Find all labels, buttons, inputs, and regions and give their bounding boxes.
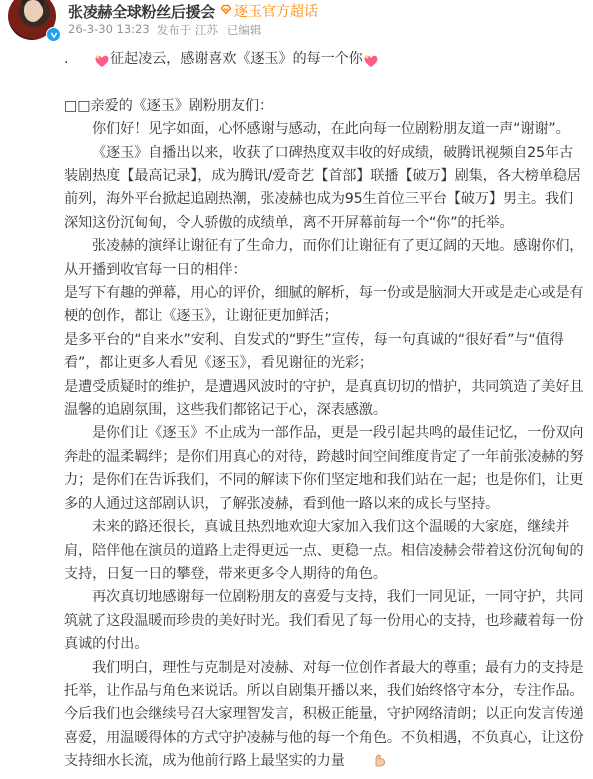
list-item: 是遭受质疑时的维护，是遭遇风波时的守护，是真真切切的惜护，共同筑造了美好且温馨的… [64,376,586,423]
post-title-line: . 征起凌云，感谢喜欢《逐玉》的每一个你 [64,48,586,71]
supertopic-label: 逐玉官方超话 [234,1,318,21]
paragraph: 再次真切地感谢每一位剧粉朋友的喜爱与支持，我们一同见证，一同守护，共同筑就了这段… [64,586,586,656]
supertopic-diamond-icon [220,3,232,19]
paragraph: 张凌赫的演绎让谢征有了生命力，而你们让谢征有了更辽阔的天地。感谢你们，从开播到收… [64,235,586,282]
paragraph: 《逐玉》自播出以来，收获了口碑热度双丰收的好成绩，破腾讯视频自25年古装剧热度【… [64,142,586,236]
verified-badge-icon [46,27,61,42]
list-item: 是多平台的“自来水”安利、自发式的“野生”宣传，每一句真诚的“很好看”与“值得看… [64,329,586,376]
post-location: 发布于 江苏 [157,22,218,38]
edited-label[interactable]: 已编辑 [227,22,262,38]
avatar-face [24,0,42,22]
author-name[interactable]: 张凌赫全球粉丝后援会 [68,1,215,22]
paragraph: 未来的路还很长，真诚且热烈地欢迎大家加入我们这个温暖的大家庭，继续并肩，陪伴他在… [64,516,586,586]
list-item: 是写下有趣的弹幕，用心的评价，细腻的解析，每一份或是脑洞大开或是走心或是有梗的创… [64,282,586,329]
greeting: □□亲爱的《逐玉》剧粉朋友们： [64,95,586,118]
title-prefix: . [64,48,94,71]
post-meta: 26-3-30 13:23 发布于 江苏 已编辑 [68,22,270,38]
heart-gift-icon [95,53,109,66]
post-content: . 征起凌云，感谢喜欢《逐玉》的每一个你 □□亲爱的《逐玉》剧粉朋友们： 你们好… [64,48,586,774]
supertopic-link[interactable]: 逐玉官方超话 [220,1,318,21]
paragraph-text: 我们明白，理性与克制是对凌赫、对每一位创作者最大的尊重；最有力的支持是托举，让作… [64,660,583,770]
paragraph: 你们好！见字如面，心怀感谢与感动，在此向每一位剧粉朋友道一声“谢谢”。 [64,118,586,141]
post-title: 征起凌云，感谢喜欢《逐玉》的每一个你 [110,48,363,71]
heart-gift-icon [364,53,378,66]
post-timestamp[interactable]: 26-3-30 13:23 [68,22,150,38]
paragraph: 是你们让《逐玉》不止成为一部作品，更是一段引起共鸣的最佳记忆，一份双向奔赴的温柔… [64,422,586,516]
muscle-icon [345,752,359,766]
spacer [64,71,586,94]
paragraph: 我们明白，理性与克制是对凌赫、对每一位创作者最大的尊重；最有力的支持是托举，让作… [64,657,586,774]
